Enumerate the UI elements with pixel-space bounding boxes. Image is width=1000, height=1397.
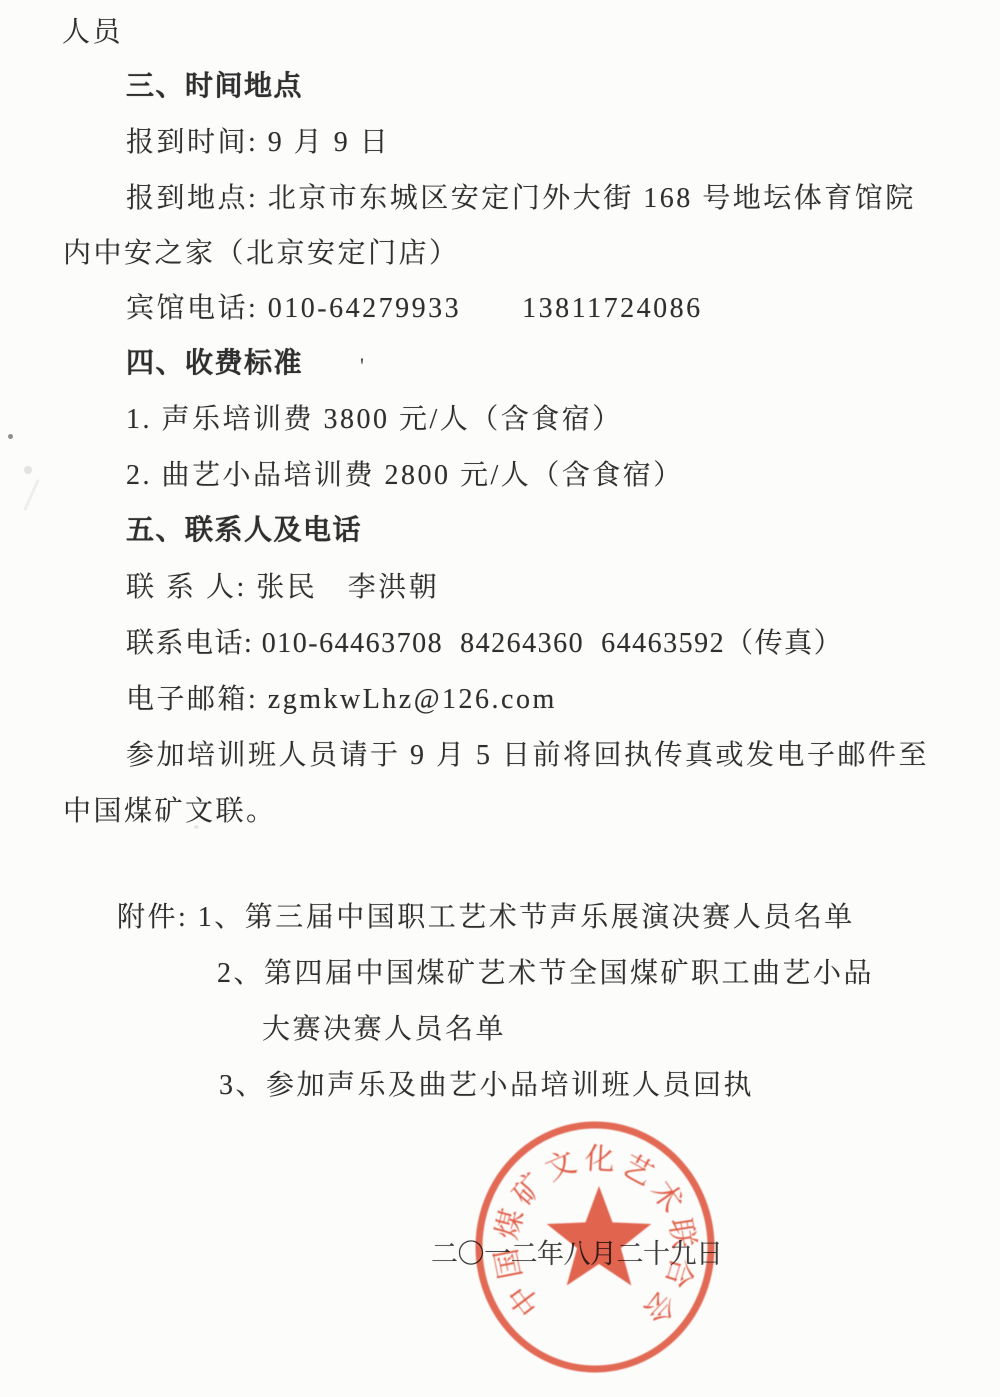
report-place-line-1: 报到地点: 北京市东城区安定门外大街 168 号地坛体育馆院 bbox=[126, 182, 916, 216]
attachment-line-1: 附件: 1、第三届中国职工艺术节声乐展演决赛人员名单 bbox=[117, 901, 855, 935]
contact-person-line: 联 系 人: 张民 李洪朝 bbox=[126, 571, 439, 605]
scan-speck bbox=[194, 825, 199, 829]
section-heading-contacts: 五、联系人及电话 bbox=[126, 514, 362, 548]
attachment-line-3: 大赛决赛人员名单 bbox=[262, 1013, 506, 1047]
hotel-phone-line: 宾馆电话: 010-64279933 13811724086 bbox=[126, 292, 703, 326]
attachment-line-2: 2、第四届中国煤矿艺术节全国煤矿职工曲艺小品 bbox=[217, 957, 874, 991]
svg-text:中: 中 bbox=[503, 1278, 547, 1322]
contact-phone-line: 联系电话: 010-64463708 84264360 64463592（传真） bbox=[126, 627, 843, 661]
issue-date: 二〇一二年八月二十九日 bbox=[431, 1237, 723, 1271]
fee-item-1: 1. 声乐培训费 3800 元/人（含食宿） bbox=[126, 403, 623, 437]
scan-speck bbox=[23, 479, 40, 511]
svg-text:术: 术 bbox=[645, 1175, 689, 1219]
svg-text:矿: 矿 bbox=[507, 1167, 552, 1211]
scan-speck bbox=[24, 466, 32, 474]
fee-item-2: 2. 曲艺小品培训费 2800 元/人（含食宿） bbox=[126, 459, 684, 493]
reply-note-line-2: 中国煤矿文联。 bbox=[63, 795, 277, 829]
carryover-text: 人员 bbox=[62, 16, 123, 50]
svg-text:艺: 艺 bbox=[616, 1149, 658, 1192]
svg-text:会: 会 bbox=[637, 1284, 682, 1328]
svg-text:文: 文 bbox=[541, 1145, 582, 1187]
scan-speck bbox=[8, 434, 13, 439]
scanned-document-page: 人员 三、时间地点 报到时间: 9 月 9 日 报到地点: 北京市东城区安定门外… bbox=[0, 0, 1000, 1397]
section-heading-time-place: 三、时间地点 bbox=[126, 70, 303, 104]
stray-ink-mark: ' bbox=[360, 349, 364, 383]
report-place-line-2: 内中安之家（北京安定门店） bbox=[63, 237, 460, 271]
reply-note-line-1: 参加培训班人员请于 9 月 5 日前将回执传真或发电子邮件至 bbox=[126, 739, 929, 773]
contact-email-line: 电子邮箱: zgmkwLhz@126.com bbox=[126, 683, 557, 717]
report-time-line: 报到时间: 9 月 9 日 bbox=[126, 126, 390, 160]
section-heading-fees: 四、收费标准 bbox=[126, 347, 303, 381]
svg-text:化: 化 bbox=[584, 1142, 616, 1177]
